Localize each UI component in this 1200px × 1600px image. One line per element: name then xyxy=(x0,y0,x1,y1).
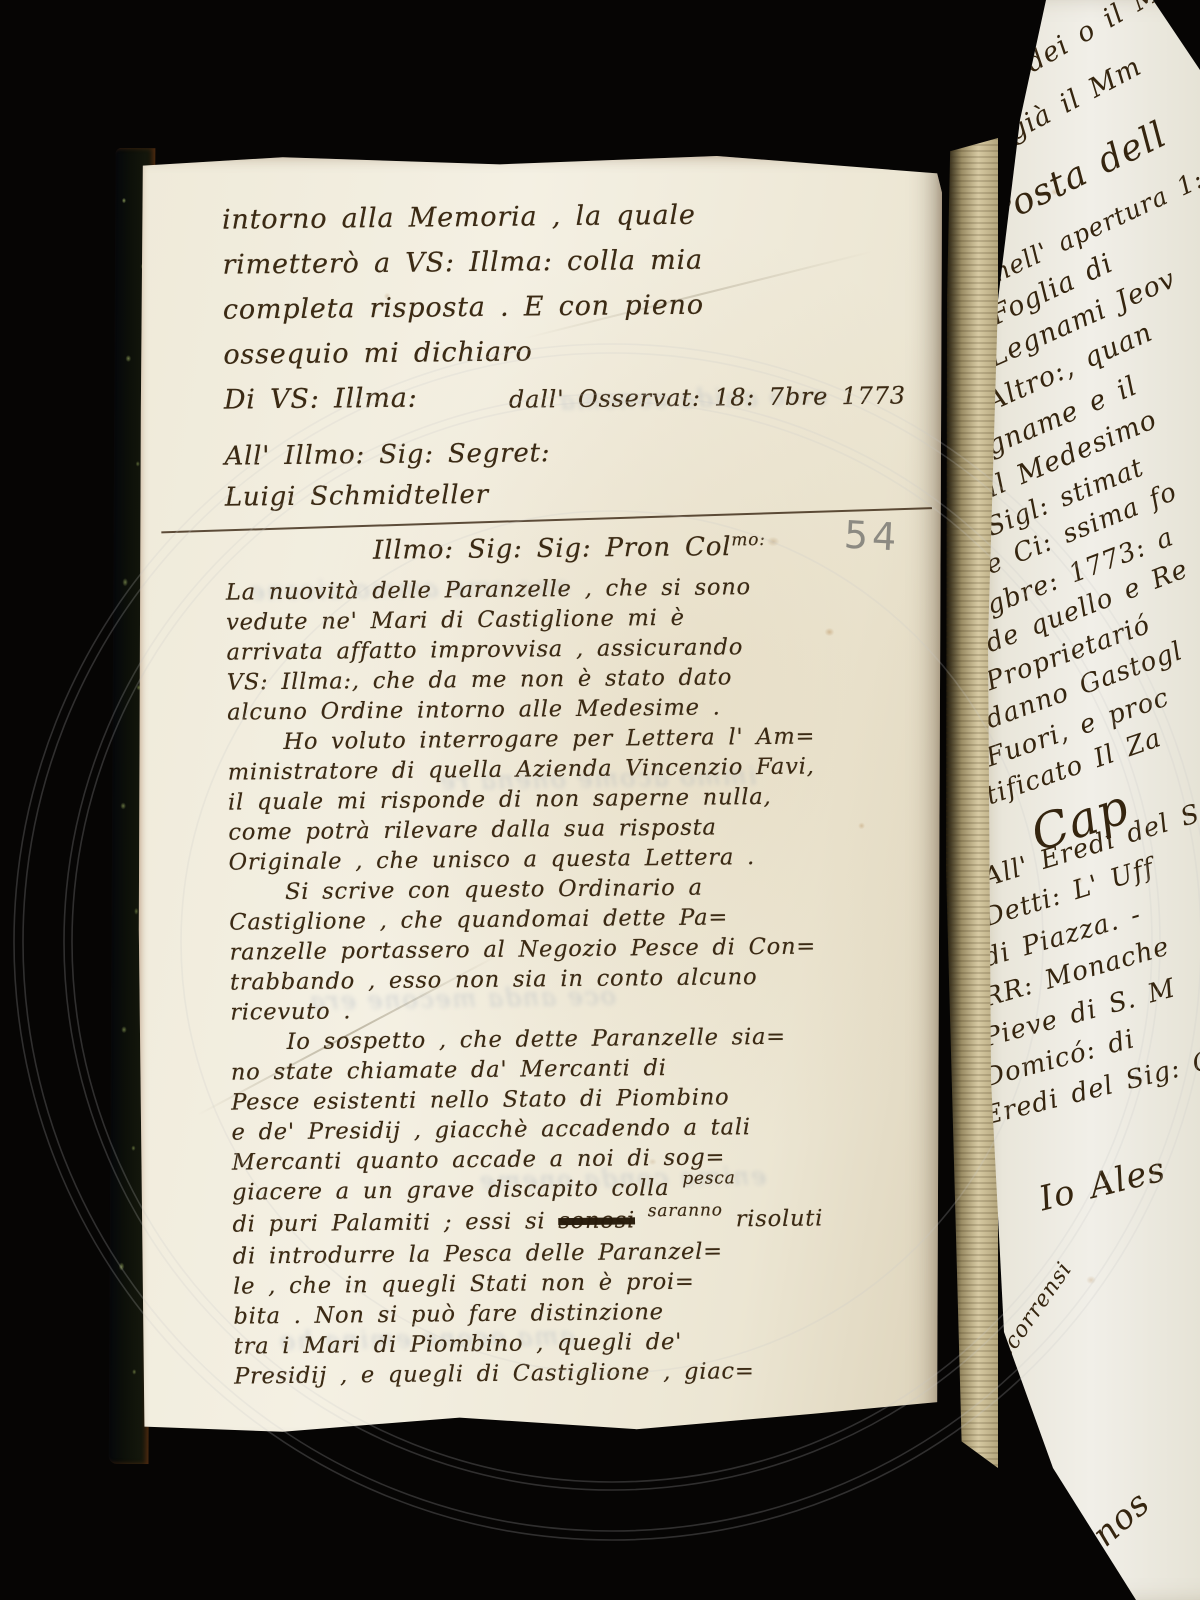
handwritten-line: completa risposta . E con pieno xyxy=(223,280,911,332)
line-text: di puri Palamiti ; essi si xyxy=(232,1208,545,1237)
address-block: All' Illmo: Sig: Segret: Luigi Schmidtel… xyxy=(224,429,913,518)
interlinear-insertion: saranno xyxy=(648,1200,723,1221)
handwritten-line: All' Illmo: Sig: Segret: xyxy=(224,429,912,477)
line-text: risoluti xyxy=(736,1205,824,1232)
salutation-superscript: mo: xyxy=(731,530,766,550)
corner-note-fragment: nos xyxy=(1085,1483,1158,1555)
letter-text: intorno alla Memoria , la quale rimetter… xyxy=(222,190,922,1391)
handwritten-line: Presidij , e quegli di Castiglione , gia… xyxy=(234,1354,922,1391)
handwritten-line: intorno alla Memoria , la quale xyxy=(222,190,910,242)
handwritten-line: rimetterò a VS: Illma: colla mia xyxy=(222,235,910,287)
manuscript-photo: ona eme ammo aicone immo acome onena re … xyxy=(0,0,1200,1600)
clipped-line-fragment: Io Ales xyxy=(1035,1149,1170,1219)
handwritten-line: ossequio mi dichiaro xyxy=(223,325,911,377)
interlinear-insertion: pesca xyxy=(682,1168,736,1189)
show-through-text: onde imena occara xyxy=(498,1442,773,1476)
letter-body: La nuovità delle Paranzelle , che si son… xyxy=(226,570,922,1391)
clipped-line-fragment: dei o il M xyxy=(1020,0,1166,79)
salutation-text: Illmo: Sig: Sig: Pron Col xyxy=(373,532,732,566)
left-page: ona eme ammo aicone immo acome onena re … xyxy=(138,154,942,1446)
line-text: giacere a un grave discapito colla xyxy=(232,1175,670,1206)
cancelled-word: sonosi xyxy=(558,1207,635,1234)
